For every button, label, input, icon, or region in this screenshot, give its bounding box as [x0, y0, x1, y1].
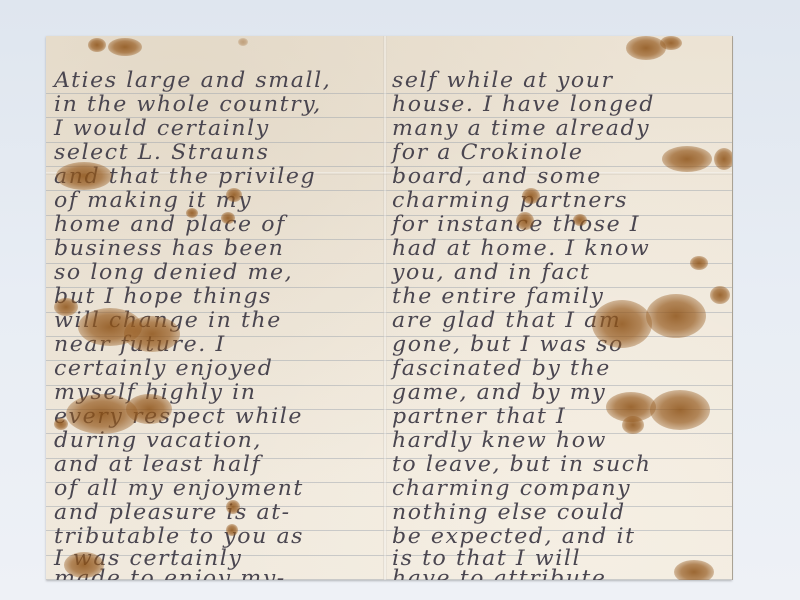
right-line: have to attribute [392, 566, 606, 580]
left-line: will change in the [54, 308, 282, 332]
left-line: but I hope things [54, 284, 272, 308]
right-line: for instance those I [392, 212, 640, 236]
left-line: and at least half [54, 452, 261, 476]
left-line: tributable to you as [54, 524, 304, 548]
right-line: many a time already [392, 116, 650, 140]
left-line: I would certainly [54, 116, 270, 140]
right-line: hardly knew how [392, 428, 607, 452]
left-line: select L. Strauns [54, 140, 269, 164]
left-line: myself highly in [54, 380, 257, 404]
right-line: nothing else could [392, 500, 626, 524]
right-line: house. I have longed [392, 92, 655, 116]
right-line: for a Crokinole [392, 140, 583, 164]
right-line: be expected, and it [392, 524, 636, 548]
left-line: made to enjoy my- [54, 566, 286, 580]
left-line: during vacation, [54, 428, 262, 452]
right-page: self while at your house. I have longed … [392, 36, 724, 580]
left-line: in the whole country, [54, 92, 322, 116]
left-line: Aties large and small, [54, 68, 331, 92]
right-line: partner that I [392, 404, 566, 428]
right-line: you, and in fact [392, 260, 590, 284]
left-line: certainly enjoyed [54, 356, 273, 380]
left-line: home and place of [54, 212, 286, 236]
right-line: are glad that I am [392, 308, 621, 332]
right-line: to leave, but in such [392, 452, 652, 476]
left-line: and that the privileg [54, 164, 316, 188]
right-line: charming partners [392, 188, 628, 212]
right-line: gone, but I was so [392, 332, 624, 356]
left-line: and pleasure is at- [54, 500, 291, 524]
right-line: charming company [392, 476, 631, 500]
left-line: of all my enjoyment [54, 476, 304, 500]
left-line: so long denied me, [54, 260, 293, 284]
left-line: near future. I [54, 332, 226, 356]
left-line: of making it my [54, 188, 252, 212]
right-line: board, and some [392, 164, 602, 188]
right-line: game, and by my [392, 380, 606, 404]
right-line: the entire family [392, 284, 604, 308]
right-line: had at home. I know [392, 236, 650, 260]
left-line: business has been [54, 236, 284, 260]
left-page: Aties large and small, in the whole coun… [54, 36, 384, 580]
right-line: fascinated by the [392, 356, 611, 380]
left-line: every respect while [54, 404, 303, 428]
letter-paper: Aties large and small, in the whole coun… [46, 36, 732, 580]
right-line: self while at your [392, 68, 614, 92]
